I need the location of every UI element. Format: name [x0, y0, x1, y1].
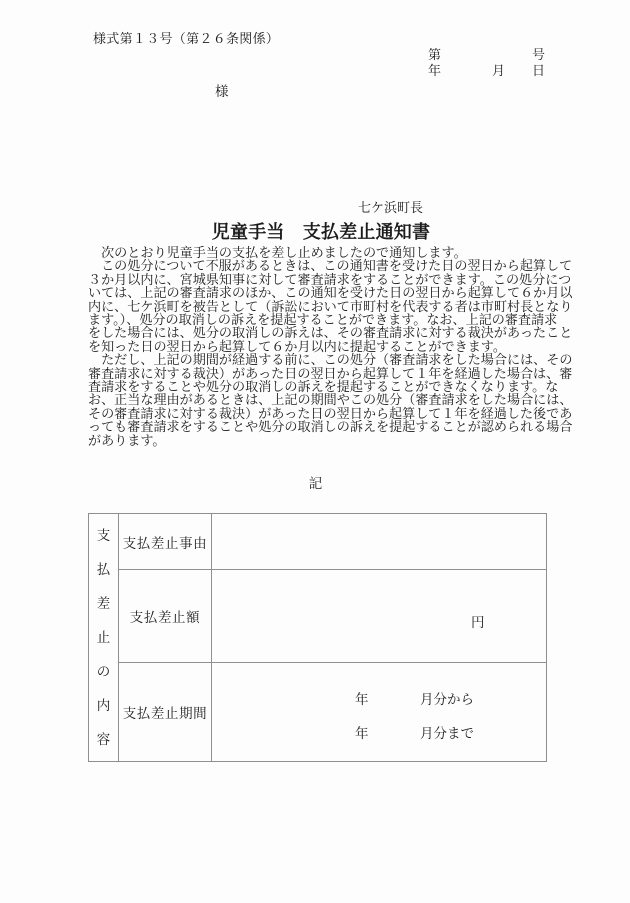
period-to-year-label: 年 — [355, 722, 369, 742]
body-line: っても審査請求をすることや処分の取消しの訴えを提起することが認められる場合 — [88, 420, 578, 433]
suspension-details-table: 支 払 差 止 の 内 容 支払差止事由 支払差止額 円 支払差止期間 年 月分… — [88, 513, 547, 762]
addressee-honorific: 様 — [215, 80, 229, 100]
table-vertical-header: 支 払 差 止 の 内 容 — [89, 514, 119, 762]
unit-yen-label: 円 — [471, 611, 485, 631]
table-row: 支払差止期間 年 月分から 年 月分まで — [89, 663, 547, 762]
field-suspension-period: 年 月分から 年 月分まで — [212, 663, 547, 762]
period-from-suffix: 月分から — [420, 688, 474, 708]
body-line: ただし、上記の期間が経過する前に、この処分（審査請求をした場合には、その — [88, 353, 578, 366]
date-day-label: 日 — [532, 60, 545, 79]
body-line: があります。 — [88, 434, 578, 447]
body-text: 次のとおり児童手当の支払を差し止めましたので通知します。 この処分について不服が… — [88, 246, 578, 447]
document-title: 児童手当 支払差止通知書 — [88, 218, 554, 244]
table-row: 支 払 差 止 の 内 容 支払差止事由 — [89, 514, 547, 570]
table-row: 支払差止額 円 — [89, 570, 547, 663]
label-suspension-reason: 支払差止事由 — [119, 514, 212, 570]
issuer-title: 七ケ浜町長 — [358, 197, 423, 216]
label-suspension-period: 支払差止期間 — [119, 663, 212, 762]
period-from-year-label: 年 — [355, 688, 369, 708]
body-line: この処分について不服があるときは、この通知書を受けた日の翌日から起算して — [88, 259, 578, 272]
body-line: お、正当な理由があるときは、上記の期間やこの処分（審査請求をした場合には、 — [88, 393, 578, 406]
section-marker: 記 — [88, 472, 543, 492]
label-suspension-amount: 支払差止額 — [119, 570, 212, 663]
date-month-label: 月 — [492, 60, 505, 79]
date-year-label: 年 — [428, 60, 441, 79]
body-line: いては、上記の審査請求のほか、この通知を受けた日の翌日から起算して６か月以 — [88, 286, 578, 299]
document-page: 様式第１３号（第２６条関係） 第 号 年 月 日 様 七ケ浜町長 児童手当 支払… — [0, 0, 630, 903]
field-suspension-reason — [212, 514, 547, 570]
body-line: をした場合には、処分の取消しの訴えは、その審査請求に対する裁決があったこと — [88, 326, 578, 339]
field-suspension-amount: 円 — [212, 570, 547, 663]
form-code: 様式第１３号（第２６条関係） — [93, 28, 279, 47]
period-to-suffix: 月分まで — [420, 722, 474, 742]
